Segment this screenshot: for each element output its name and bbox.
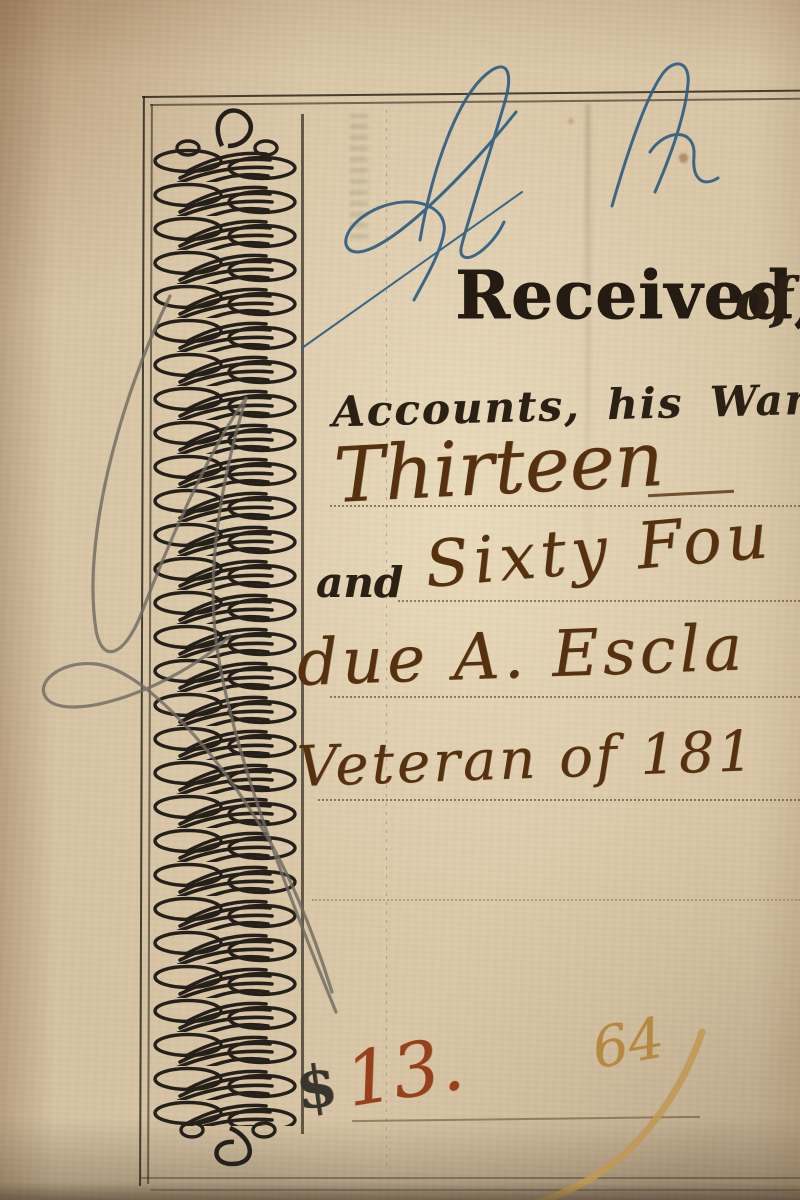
handwriting-strokes-overlay xyxy=(0,0,800,1200)
pencil-scribble xyxy=(43,296,336,1012)
cents-flourish xyxy=(518,1032,702,1200)
photo-edge-shadow xyxy=(0,1182,800,1200)
blue-ink-signature xyxy=(302,64,718,348)
aged-receipt-photo: Received, of Accounts, his Warran and $ … xyxy=(0,0,800,1200)
